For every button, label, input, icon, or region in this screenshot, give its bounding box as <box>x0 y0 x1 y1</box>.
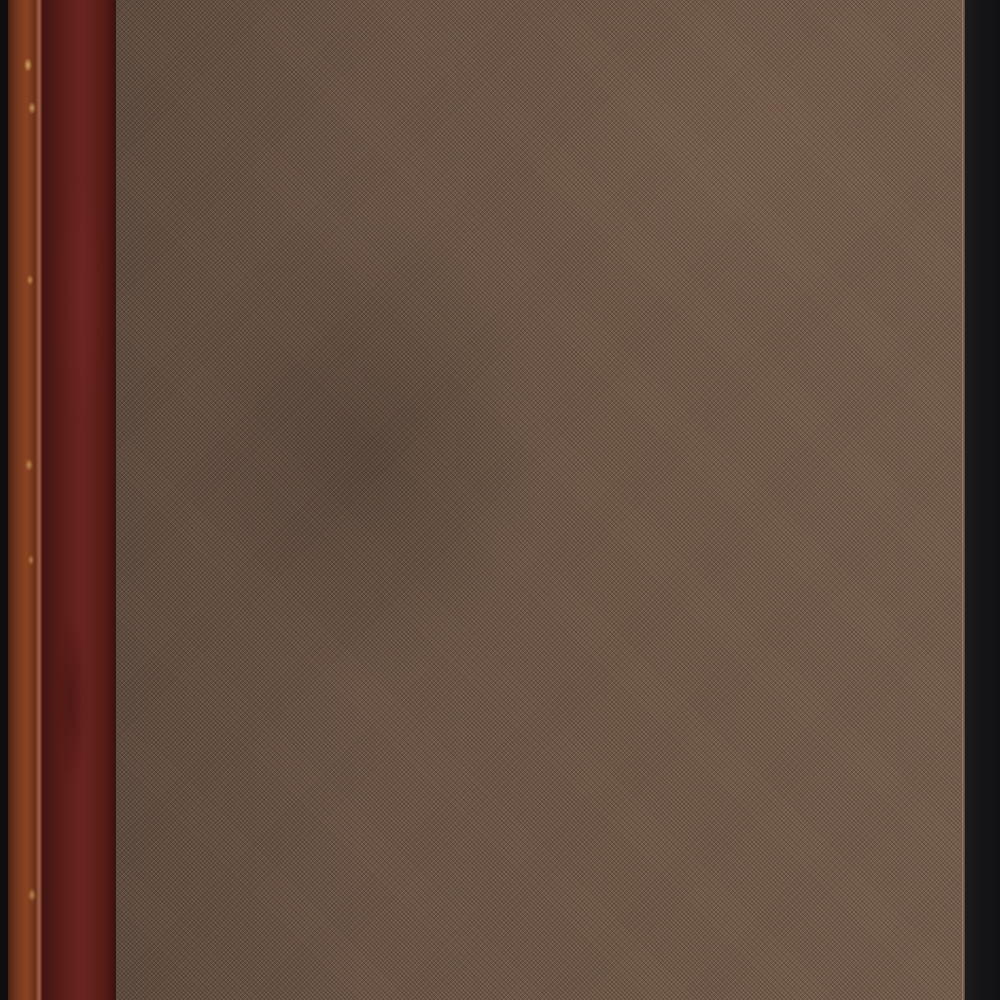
background-right <box>965 0 1000 1000</box>
cloth-cover <box>116 0 966 1000</box>
book-cover-photo <box>0 0 1000 1000</box>
spine-gilt-edge <box>8 0 42 1000</box>
leather-spine <box>42 0 116 1000</box>
